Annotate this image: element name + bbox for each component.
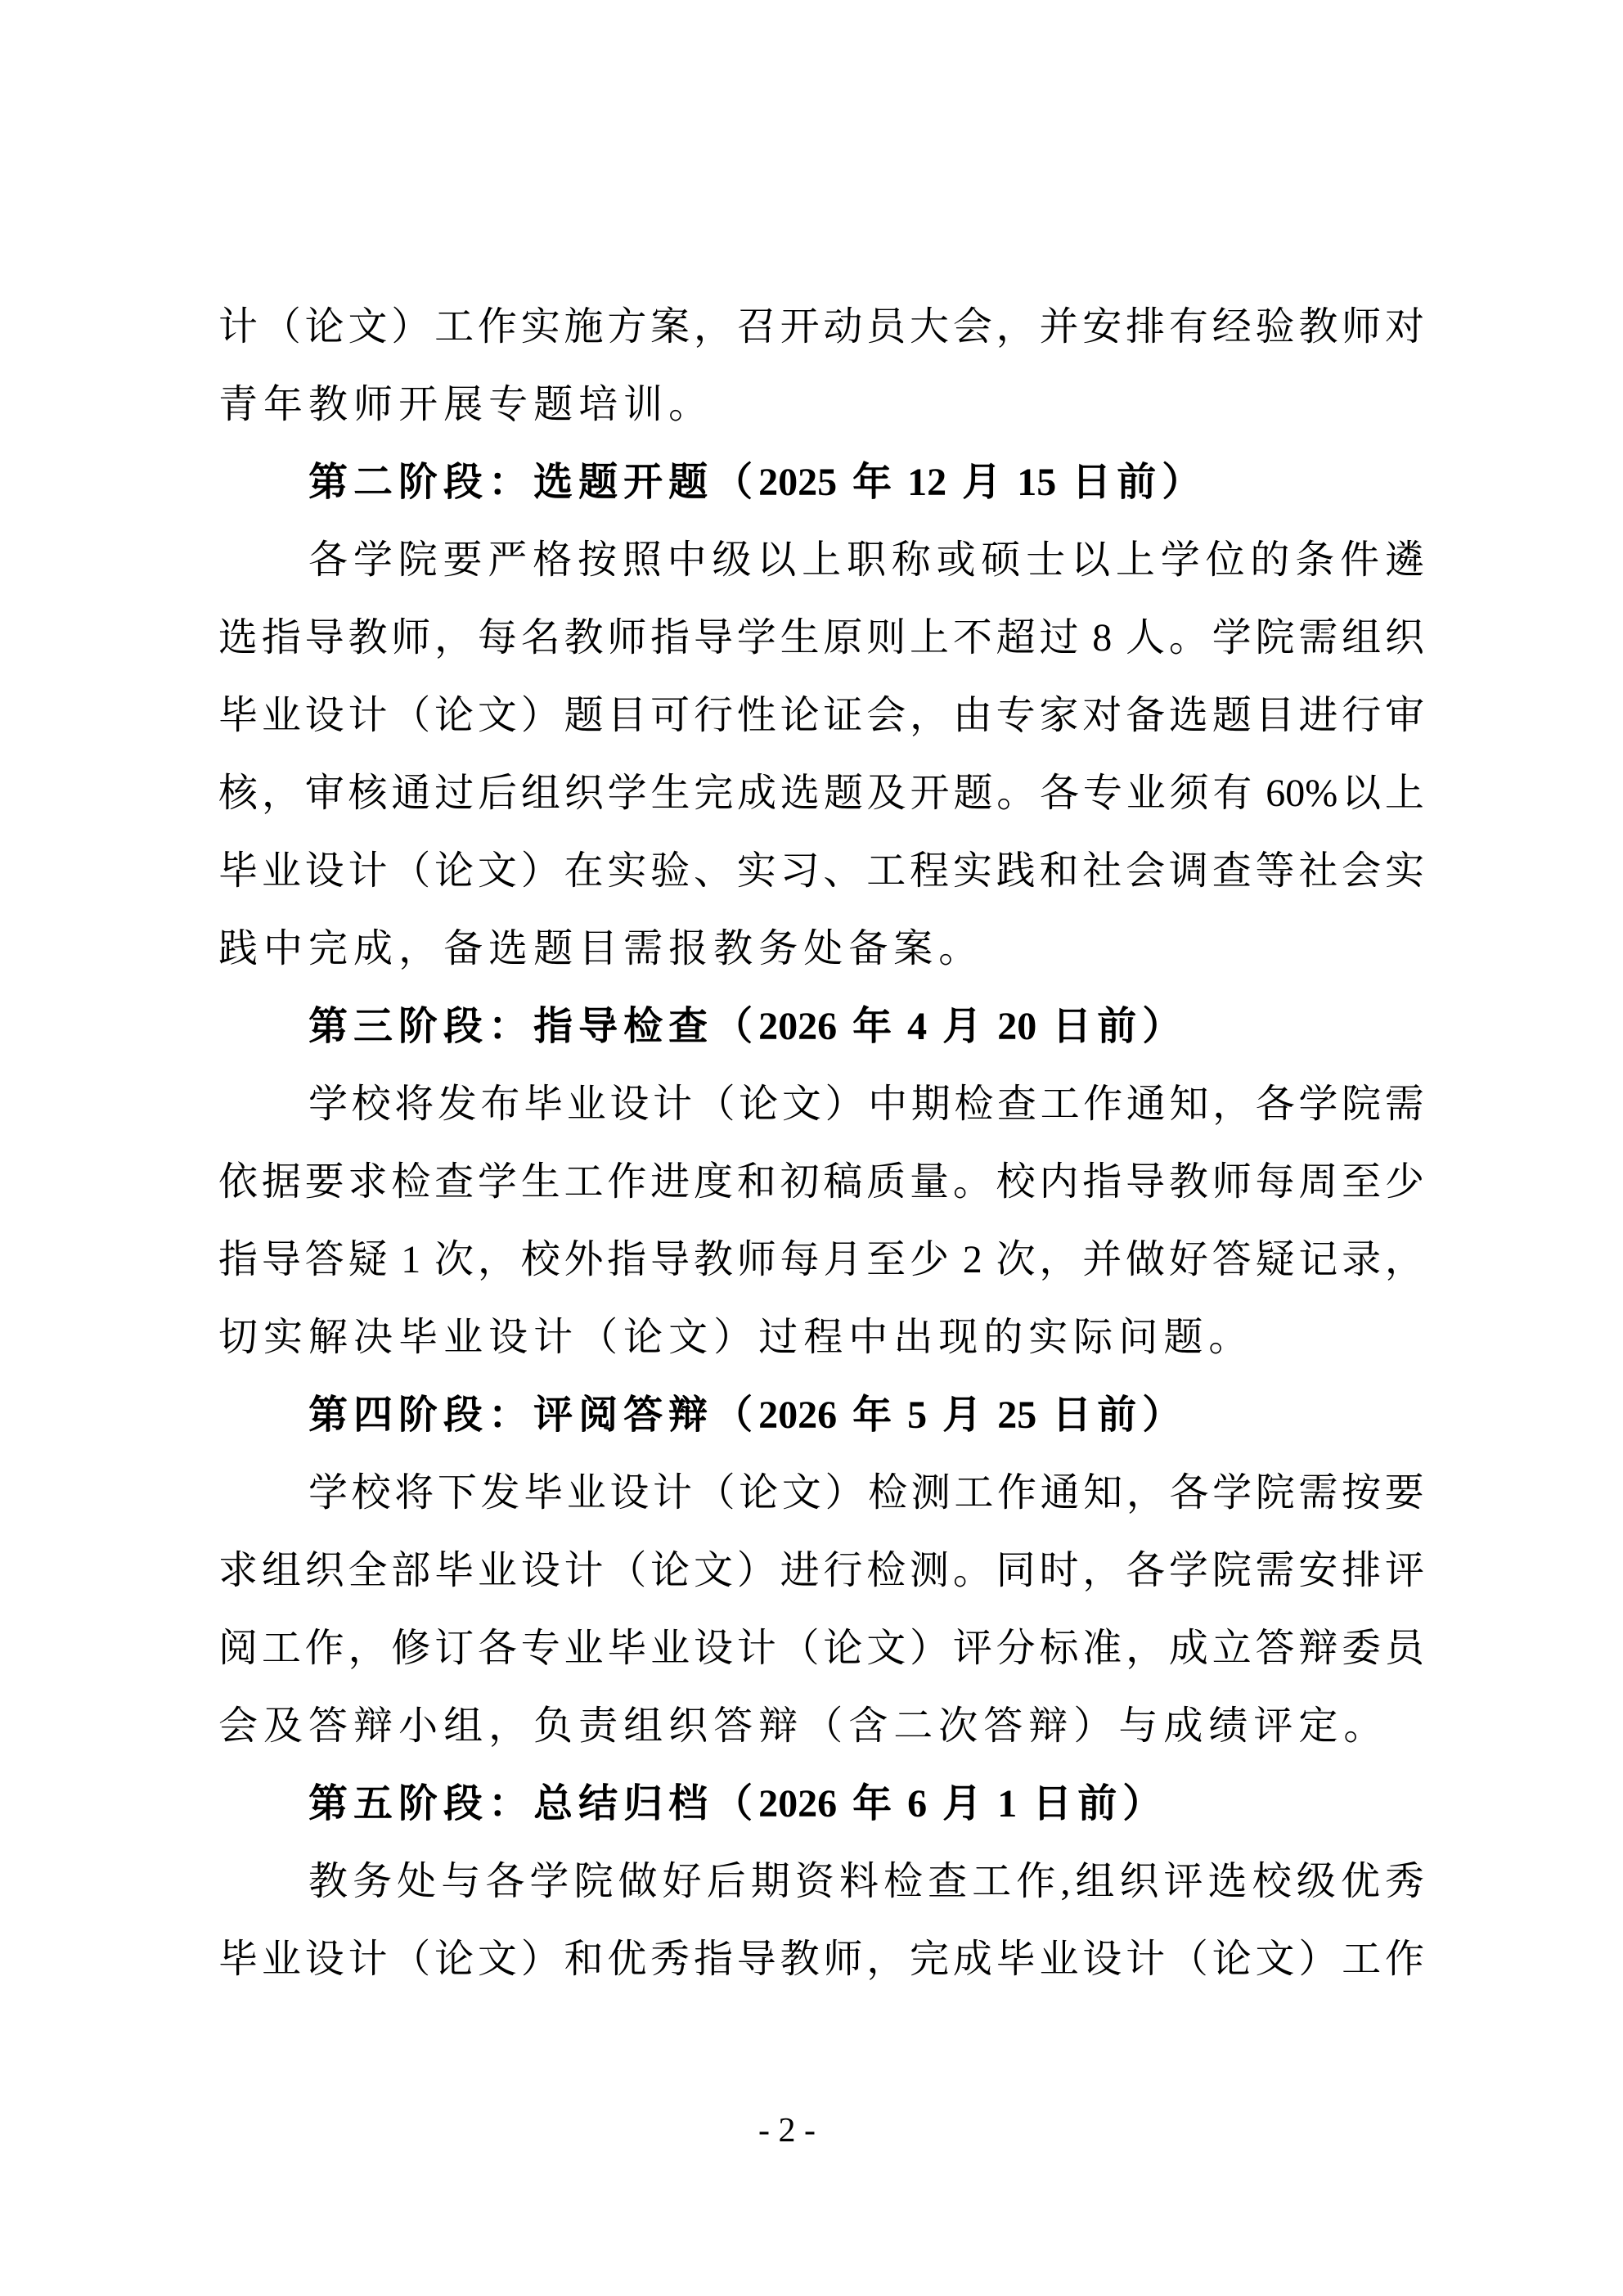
page-number: - 2 - (0, 2109, 1574, 2152)
text-line: 求组织全部毕业设计（论文）进行检测。同时，各学院需安排评 (218, 1532, 1424, 1609)
text-line: 各学院要严格按照中级以上职称或硕士以上学位的条件遴 (218, 521, 1424, 599)
text-block: 计（论文）工作实施方案，召开动员大会，并安排有经验教师对青年教师开展专题培训。第… (218, 288, 1424, 1998)
text-line: 学校将下发毕业设计（论文）检测工作通知，各学院需按要 (218, 1454, 1424, 1532)
text-line: 切实解决毕业设计（论文）过程中出现的实际问题。 (218, 1299, 1424, 1376)
heading-line: 第四阶段：评阅答辩（2026 年 5 月 25 日前） (218, 1376, 1424, 1454)
text-line: 践中完成，备选题目需报教务处备案。 (218, 910, 1424, 988)
text-line: 选指导教师，每名教师指导学生原则上不超过 8 人。学院需组织 (218, 599, 1424, 677)
text-line: 会及答辩小组，负责组织答辩（含二次答辩）与成绩评定。 (218, 1687, 1424, 1765)
text-line: 阅工作，修订各专业毕业设计（论文）评分标准，成立答辩委员 (218, 1609, 1424, 1687)
heading-line: 第五阶段：总结归档（2026 年 6 月 1 日前） (218, 1765, 1424, 1843)
text-line: 青年教师开展专题培训。 (218, 366, 1424, 443)
text-line: 毕业设计（论文）题目可行性论证会，由专家对备选题目进行审 (218, 677, 1424, 754)
text-line: 计（论文）工作实施方案，召开动员大会，并安排有经验教师对 (218, 288, 1424, 366)
heading-line: 第二阶段：选题开题（2025 年 12 月 15 日前） (218, 443, 1424, 521)
heading-line: 第三阶段：指导检查（2026 年 4 月 20 日前） (218, 988, 1424, 1065)
document-page: 计（论文）工作实施方案，召开动员大会，并安排有经验教师对青年教师开展专题培训。第… (0, 0, 1623, 2296)
text-line: 依据要求检查学生工作进度和初稿质量。校内指导教师每周至少 (218, 1143, 1424, 1221)
text-line: 毕业设计（论文）在实验、实习、工程实践和社会调查等社会实 (218, 832, 1424, 910)
text-line: 毕业设计（论文）和优秀指导教师，完成毕业设计（论文）工作 (218, 1920, 1424, 1998)
text-line: 核，审核通过后组织学生完成选题及开题。各专业须有 60%以上 (218, 754, 1424, 832)
text-line: 学校将发布毕业设计（论文）中期检查工作通知，各学院需 (218, 1065, 1424, 1143)
text-line: 教务处与各学院做好后期资料检查工作,组织评选校级优秀 (218, 1843, 1424, 1920)
text-line: 指导答疑 1 次，校外指导教师每月至少 2 次，并做好答疑记录， (218, 1221, 1424, 1299)
